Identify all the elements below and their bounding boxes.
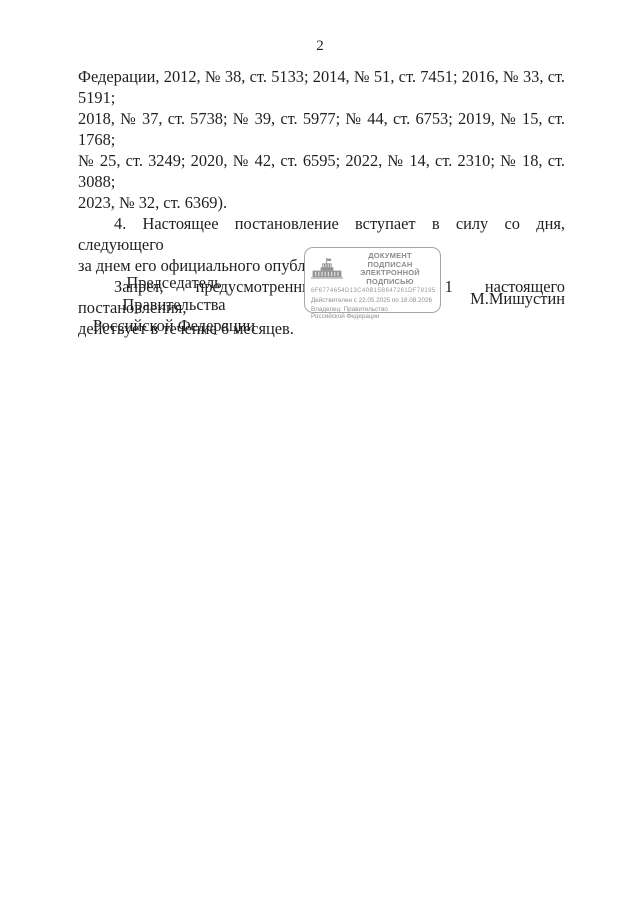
text-line: № 25, ст. 3249; 2020, № 42, ст. 6595; 20… (78, 150, 565, 192)
document-page: 2 Федерации, 2012, № 38, ст. 5133; 2014,… (0, 0, 640, 905)
text-line: 2018, № 37, ст. 5738; № 39, ст. 5977; № … (78, 108, 565, 150)
signature-name: М.Мишустин (470, 289, 565, 309)
signature-position-line1: Председатель Правительства (78, 272, 270, 315)
text-line: 2023, № 32, ст. 6369). (78, 192, 565, 213)
stamp-title-line2: ЭЛЕКТРОННОЙ ПОДПИСЬЮ (346, 269, 434, 286)
signature-position-title: Председатель Правительства Российской Фе… (78, 272, 270, 337)
text-line: Федерации, 2012, № 38, ст. 5133; 2014, №… (78, 66, 565, 108)
stamp-header: ДОКУМЕНТ ПОДПИСАН ЭЛЕКТРОННОЙ ПОДПИСЬЮ (311, 252, 434, 286)
stamp-certificate-number: 6F6774654D13C40B15B647261DF78195 (311, 288, 434, 294)
electronic-signature-stamp: ДОКУМЕНТ ПОДПИСАН ЭЛЕКТРОННОЙ ПОДПИСЬЮ 6… (304, 247, 441, 313)
stamp-owner: Владелец: Правительство Российской Федер… (311, 306, 416, 321)
signature-position-line2: Российской Федерации (78, 315, 270, 337)
stamp-title: ДОКУМЕНТ ПОДПИСАН ЭЛЕКТРОННОЙ ПОДПИСЬЮ (346, 252, 434, 286)
government-building-icon (311, 257, 343, 281)
page-number: 2 (0, 38, 640, 55)
stamp-validity-dates: Действителен с 22.05.2025 по 18.08.2026 (311, 297, 434, 304)
stamp-title-line1: ДОКУМЕНТ ПОДПИСАН (346, 252, 434, 269)
